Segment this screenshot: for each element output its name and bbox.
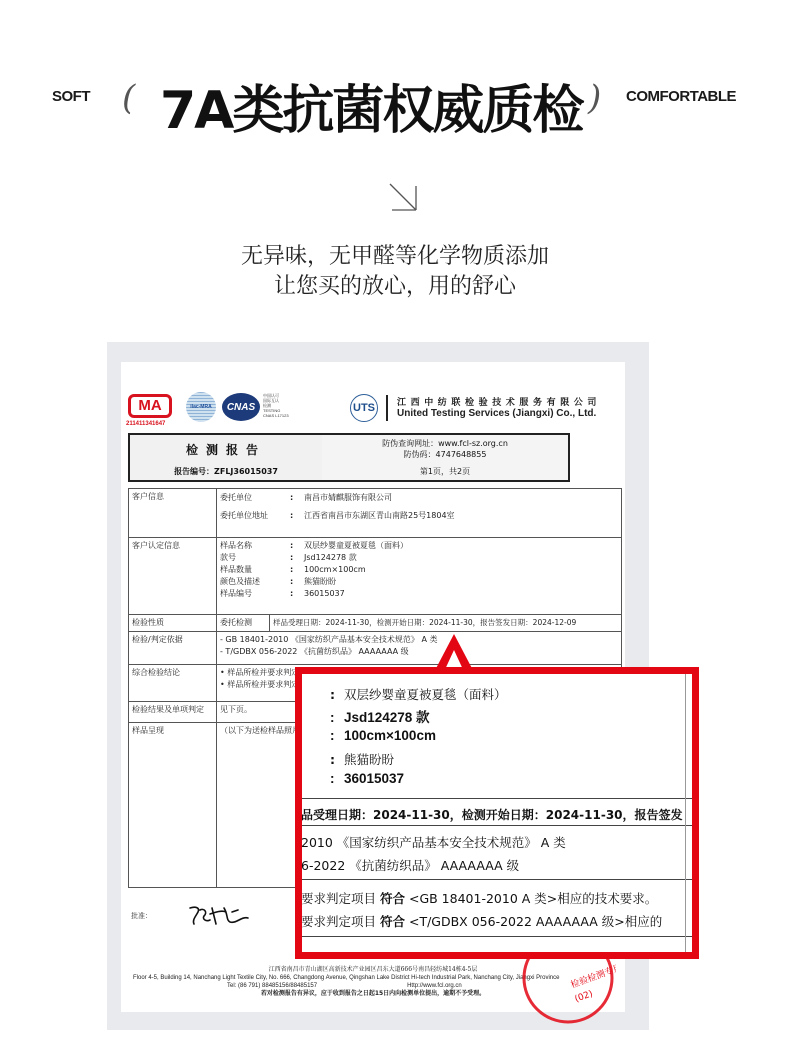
footer-website: Http://www.fcl.org.cn [407,982,462,990]
ilac-mra-logo: ilac-MRA [186,392,216,422]
verify-url: 防伪查询网址：www.fcl-sz.org.cn [382,438,508,449]
report-header-table: 检测报告 防伪查询网址：www.fcl-sz.org.cn 防伪码：474764… [128,433,570,482]
callout-basis-1: 2010 《国家纺织产品基本安全技术规范》 A 类 [301,833,566,851]
callout-table-edge [685,674,686,952]
callout-conclusion-1: 要求判定项目 符合 <GB 18401-2010 A 类>相应的技术要求。 [301,889,657,907]
svg-text:(02): (02) [574,989,595,1005]
cnas-accreditation-text: 中国认可 国际互认 检测 TESTING CNAS L17123 [263,393,289,418]
verification-info: 防伪查询网址：www.fcl-sz.org.cn 防伪码：4747648855 [322,435,568,465]
signature-icon [186,902,256,928]
row-label: 样品呈现 [129,723,217,888]
report-number: 报告编号：ZFLJ36015037 [130,463,323,480]
nature-value: 委托检测 [217,615,270,632]
row-label: 检验/判定依据 [129,632,217,665]
table-row: 检验/判定依据 - GB 18401-2010 《国家纺织产品基本安全技术规范》… [129,632,622,665]
cma-number: 211411341647 [126,421,165,427]
field-row: 委托单位地址:江西省南昌市东湖区青山南路25号1804室 [220,510,618,522]
callout-color: :熊猫盼盼 [330,750,394,768]
row-label: 客户信息 [129,489,217,538]
right-paren-decoration: ) [588,78,601,118]
company-name-cn: 江西中纺联检验技术服务有限公司 [397,395,601,408]
cnas-logo: CNAS [222,393,260,421]
uts-logo: UTS [350,394,378,422]
callout-divider [302,879,692,880]
approve-label: 批准： [131,911,152,921]
company-name-en: United Testing Services (Jiangxi) Co., L… [397,408,596,419]
field-row: 颜色及描述:熊猫盼盼 [220,576,618,588]
row-label: 综合检验结论 [129,665,217,702]
field-row: 委托单位:南昌市婧麒服饰有限公司 [220,492,618,504]
callout-style-no: :Jsd124278 款 [330,706,430,726]
callout-basis-2: 6-2022 《抗菌纺织品》 AAAAAAA 级 [301,856,519,874]
verify-code: 防伪码：4747648855 [404,449,487,460]
table-row: 客户信息 委托单位:南昌市婧麒服饰有限公司 委托单位地址:江西省南昌市东湖区青山… [129,489,622,538]
row-label: 客户认定信息 [129,538,217,615]
callout-dates: 品受理日期：2024-11-30，检测开始日期：2024-11-30，报告签发 [301,806,683,823]
table-row: 客户认定信息 样品名称:双层纱婴童夏被夏毯（面料） 款号:Jsd124278 款… [129,538,622,615]
footer-tel: Tel: (86 791) 88485156/88485157 [227,982,317,990]
page-title: 7A类抗菌权威质检 [160,68,580,143]
arrow-down-right-icon [388,182,420,214]
report-title: 检测报告 [130,435,323,465]
callout-sample-no: :36015037 [330,771,404,786]
subtitle-line-1: 无异味，无甲醛等化学物质添加 [0,242,790,272]
callout-divider [302,825,692,826]
row-label: 检验结果及单项判定 [129,702,217,723]
callout-sample-name: :双层纱婴童夏被夏毯（面料） [330,685,507,703]
logo-divider [386,395,388,421]
cma-logo: MA [128,394,172,418]
callout-quantity: :100cm×100cm [330,728,436,743]
callout-divider [302,798,692,799]
field-row: 款号:Jsd124278 款 [220,552,618,564]
callout-conclusion-2: 要求判定项目 符合 <T/GDBX 056-2022 AAAAAAA 级>相应的 [301,912,662,930]
comfortable-tag: COMFORTABLE [626,88,736,105]
field-row: 样品数量:100cm×100cm [220,564,618,576]
left-paren-decoration: ( [122,78,135,118]
table-row: 检验性质 委托检测 样品受理日期：2024-11-30，检测开始日期：2024-… [129,615,622,632]
row-label: 检验性质 [129,615,217,632]
basis-item: - GB 18401-2010 《国家纺织产品基本安全技术规范》 A 类 [220,634,618,646]
dates-value: 样品受理日期：2024-11-30，检测开始日期：2024-11-30，报告签发… [270,615,622,632]
field-row: 样品编号:36015037 [220,588,618,600]
soft-tag: SOFT [52,88,90,105]
field-row: 样品名称:双层纱婴童夏被夏毯（面料） [220,540,618,552]
page-info: 第1页，共2页 [322,463,568,480]
callout-divider [302,936,692,937]
subtitle-line-2: 让您买的放心，用的舒心 [0,272,790,302]
basis-item: - T/GDBX 056-2022 《抗菌纺织品》 AAAAAAA 级 [220,646,618,658]
zoom-callout: :双层纱婴童夏被夏毯（面料） :Jsd124278 款 :100cm×100cm… [295,667,699,959]
